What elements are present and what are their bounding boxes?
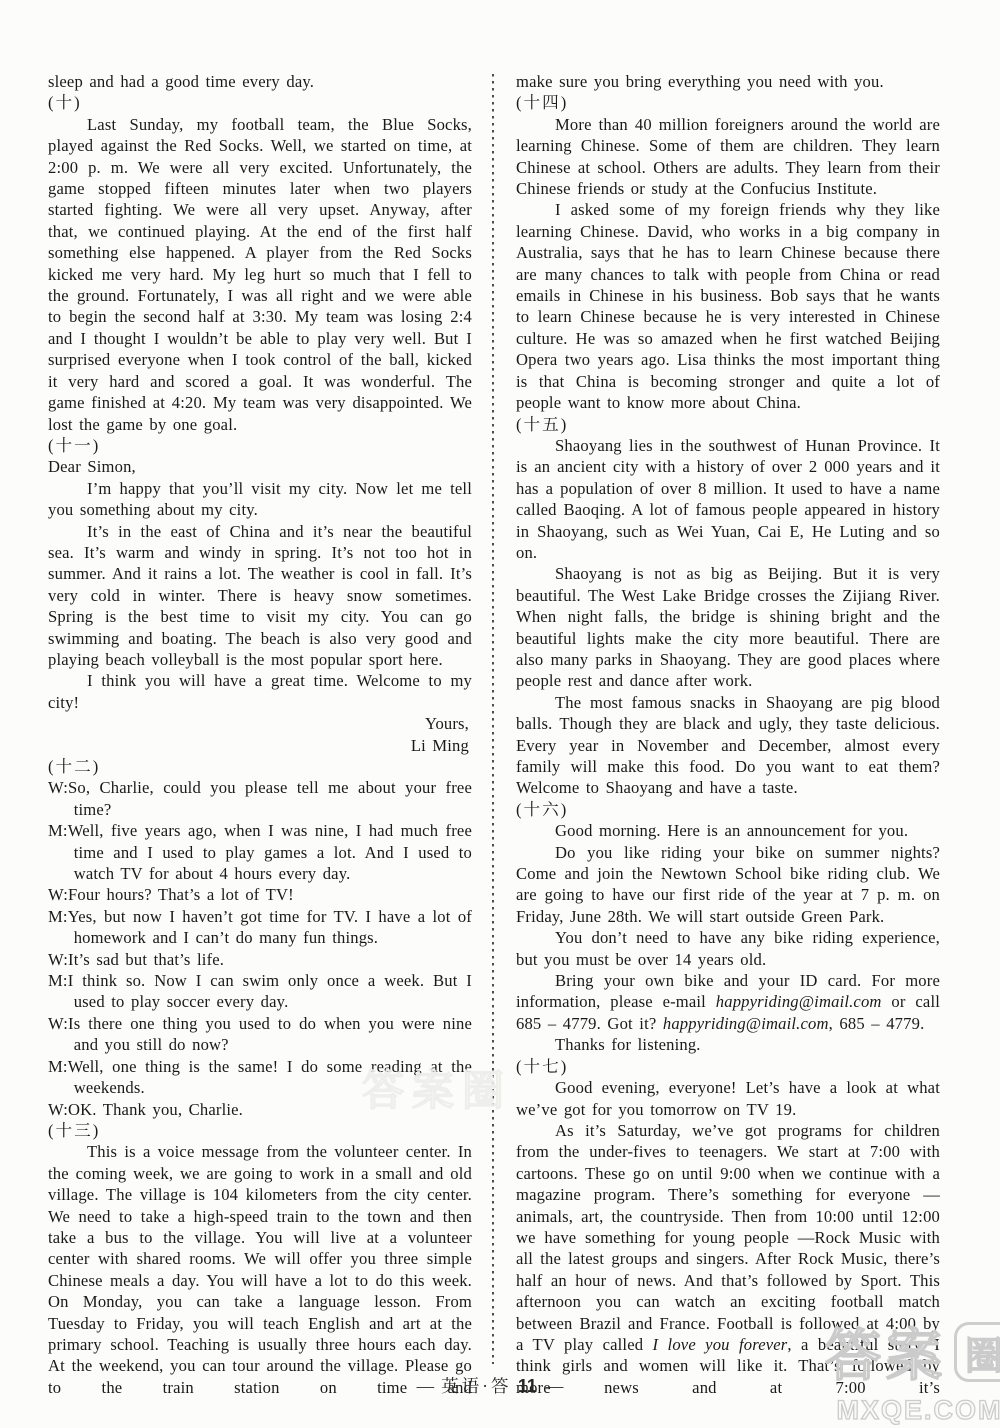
speaker-label: M: [48, 971, 68, 990]
paragraph: Shaoyang is not as big as Beijing. But i… [516, 563, 940, 691]
watermark-text: 答案 [825, 1312, 947, 1392]
watermark-row: 答案 圈 [825, 1312, 1000, 1392]
left-column: sleep and had a good time every day.(十)L… [48, 71, 472, 1398]
dialog-line: W:Four hours? That’s a lot of TV! [48, 884, 472, 905]
speaker-label: W: [48, 778, 68, 797]
paragraph: Bring your own bike and your ID card. Fo… [516, 970, 940, 1034]
paragraph-continuation: Dear Simon, [48, 456, 472, 477]
letter-signoff: Yours, [48, 713, 472, 734]
section-marker: (十六) [516, 799, 940, 820]
right-column: make sure you bring everything you need … [516, 71, 940, 1398]
column-divider [492, 74, 494, 1364]
dialog-line: M:I think so. Now I can swim only once a… [48, 970, 472, 1013]
speaker-label: M: [48, 821, 68, 840]
paragraph: You don’t need to have any bike riding e… [516, 927, 940, 970]
speaker-label: W: [48, 885, 68, 904]
footer-page-number: 11 [516, 1376, 539, 1396]
watermark: 答案 圈 MXQE.COM [825, 1312, 1000, 1426]
letter-signoff: Li Ming [48, 735, 472, 756]
paragraph: More than 40 million foreigners around t… [516, 114, 940, 200]
paragraph: I’m happy that you’ll visit my city. Now… [48, 478, 472, 521]
section-marker: (十七) [516, 1056, 940, 1077]
section-marker: (十三) [48, 1120, 472, 1141]
section-marker: (十五) [516, 414, 940, 435]
paragraph: Thanks for listening. [516, 1034, 940, 1055]
section-marker: (十) [48, 92, 472, 113]
section-marker: (十二) [48, 756, 472, 777]
footer-dash-right: — [539, 1376, 571, 1396]
paragraph: I think you will have a great time. Welc… [48, 670, 472, 713]
paragraph: Good morning. Here is an announcement fo… [516, 820, 940, 841]
paragraph: Good evening, everyone! Let’s have a loo… [516, 1077, 940, 1120]
paragraph-continuation: sleep and had a good time every day. [48, 71, 472, 92]
dialog-line: M:Yes, but now I haven’t got time for TV… [48, 906, 472, 949]
paragraph: This is a voice message from the volunte… [48, 1141, 472, 1398]
dialog-line: M:Well, five years ago, when I was nine,… [48, 820, 472, 884]
paragraph-continuation: make sure you bring everything you need … [516, 71, 940, 92]
speaker-label: M: [48, 907, 68, 926]
dialog-line: W:It’s sad but that’s life. [48, 949, 472, 970]
paragraph: I asked some of my foreign friends why t… [516, 199, 940, 413]
footer-book-label: 英语·答 [441, 1376, 511, 1396]
dialog-line: W:So, Charlie, could you please tell me … [48, 777, 472, 820]
paragraph: Shaoyang lies in the southwest of Hunan … [516, 435, 940, 563]
footer-dash-left: — [410, 1376, 442, 1396]
section-marker: (十四) [516, 92, 940, 113]
paragraph: It’s in the east of China and it’s near … [48, 521, 472, 671]
dialog-line: W:Is there one thing you used to do when… [48, 1013, 472, 1056]
paragraph: Last Sunday, my football team, the Blue … [48, 114, 472, 435]
answer-page: sleep and had a good time every day.(十)L… [0, 0, 1000, 1428]
speaker-label: W: [48, 950, 68, 969]
watermark-faint: 答案圈 [362, 1058, 512, 1118]
speaker-label: W: [48, 1100, 68, 1119]
watermark-logo-icon: 圈 [954, 1322, 1000, 1382]
speaker-label: M: [48, 1057, 68, 1076]
watermark-site: MXQE.COM [825, 1395, 1000, 1426]
speaker-label: W: [48, 1014, 68, 1033]
section-marker: (十一) [48, 435, 472, 456]
paragraph: Do you like riding your bike on summer n… [516, 842, 940, 928]
paragraph: The most famous snacks in Shaoyang are p… [516, 692, 940, 799]
